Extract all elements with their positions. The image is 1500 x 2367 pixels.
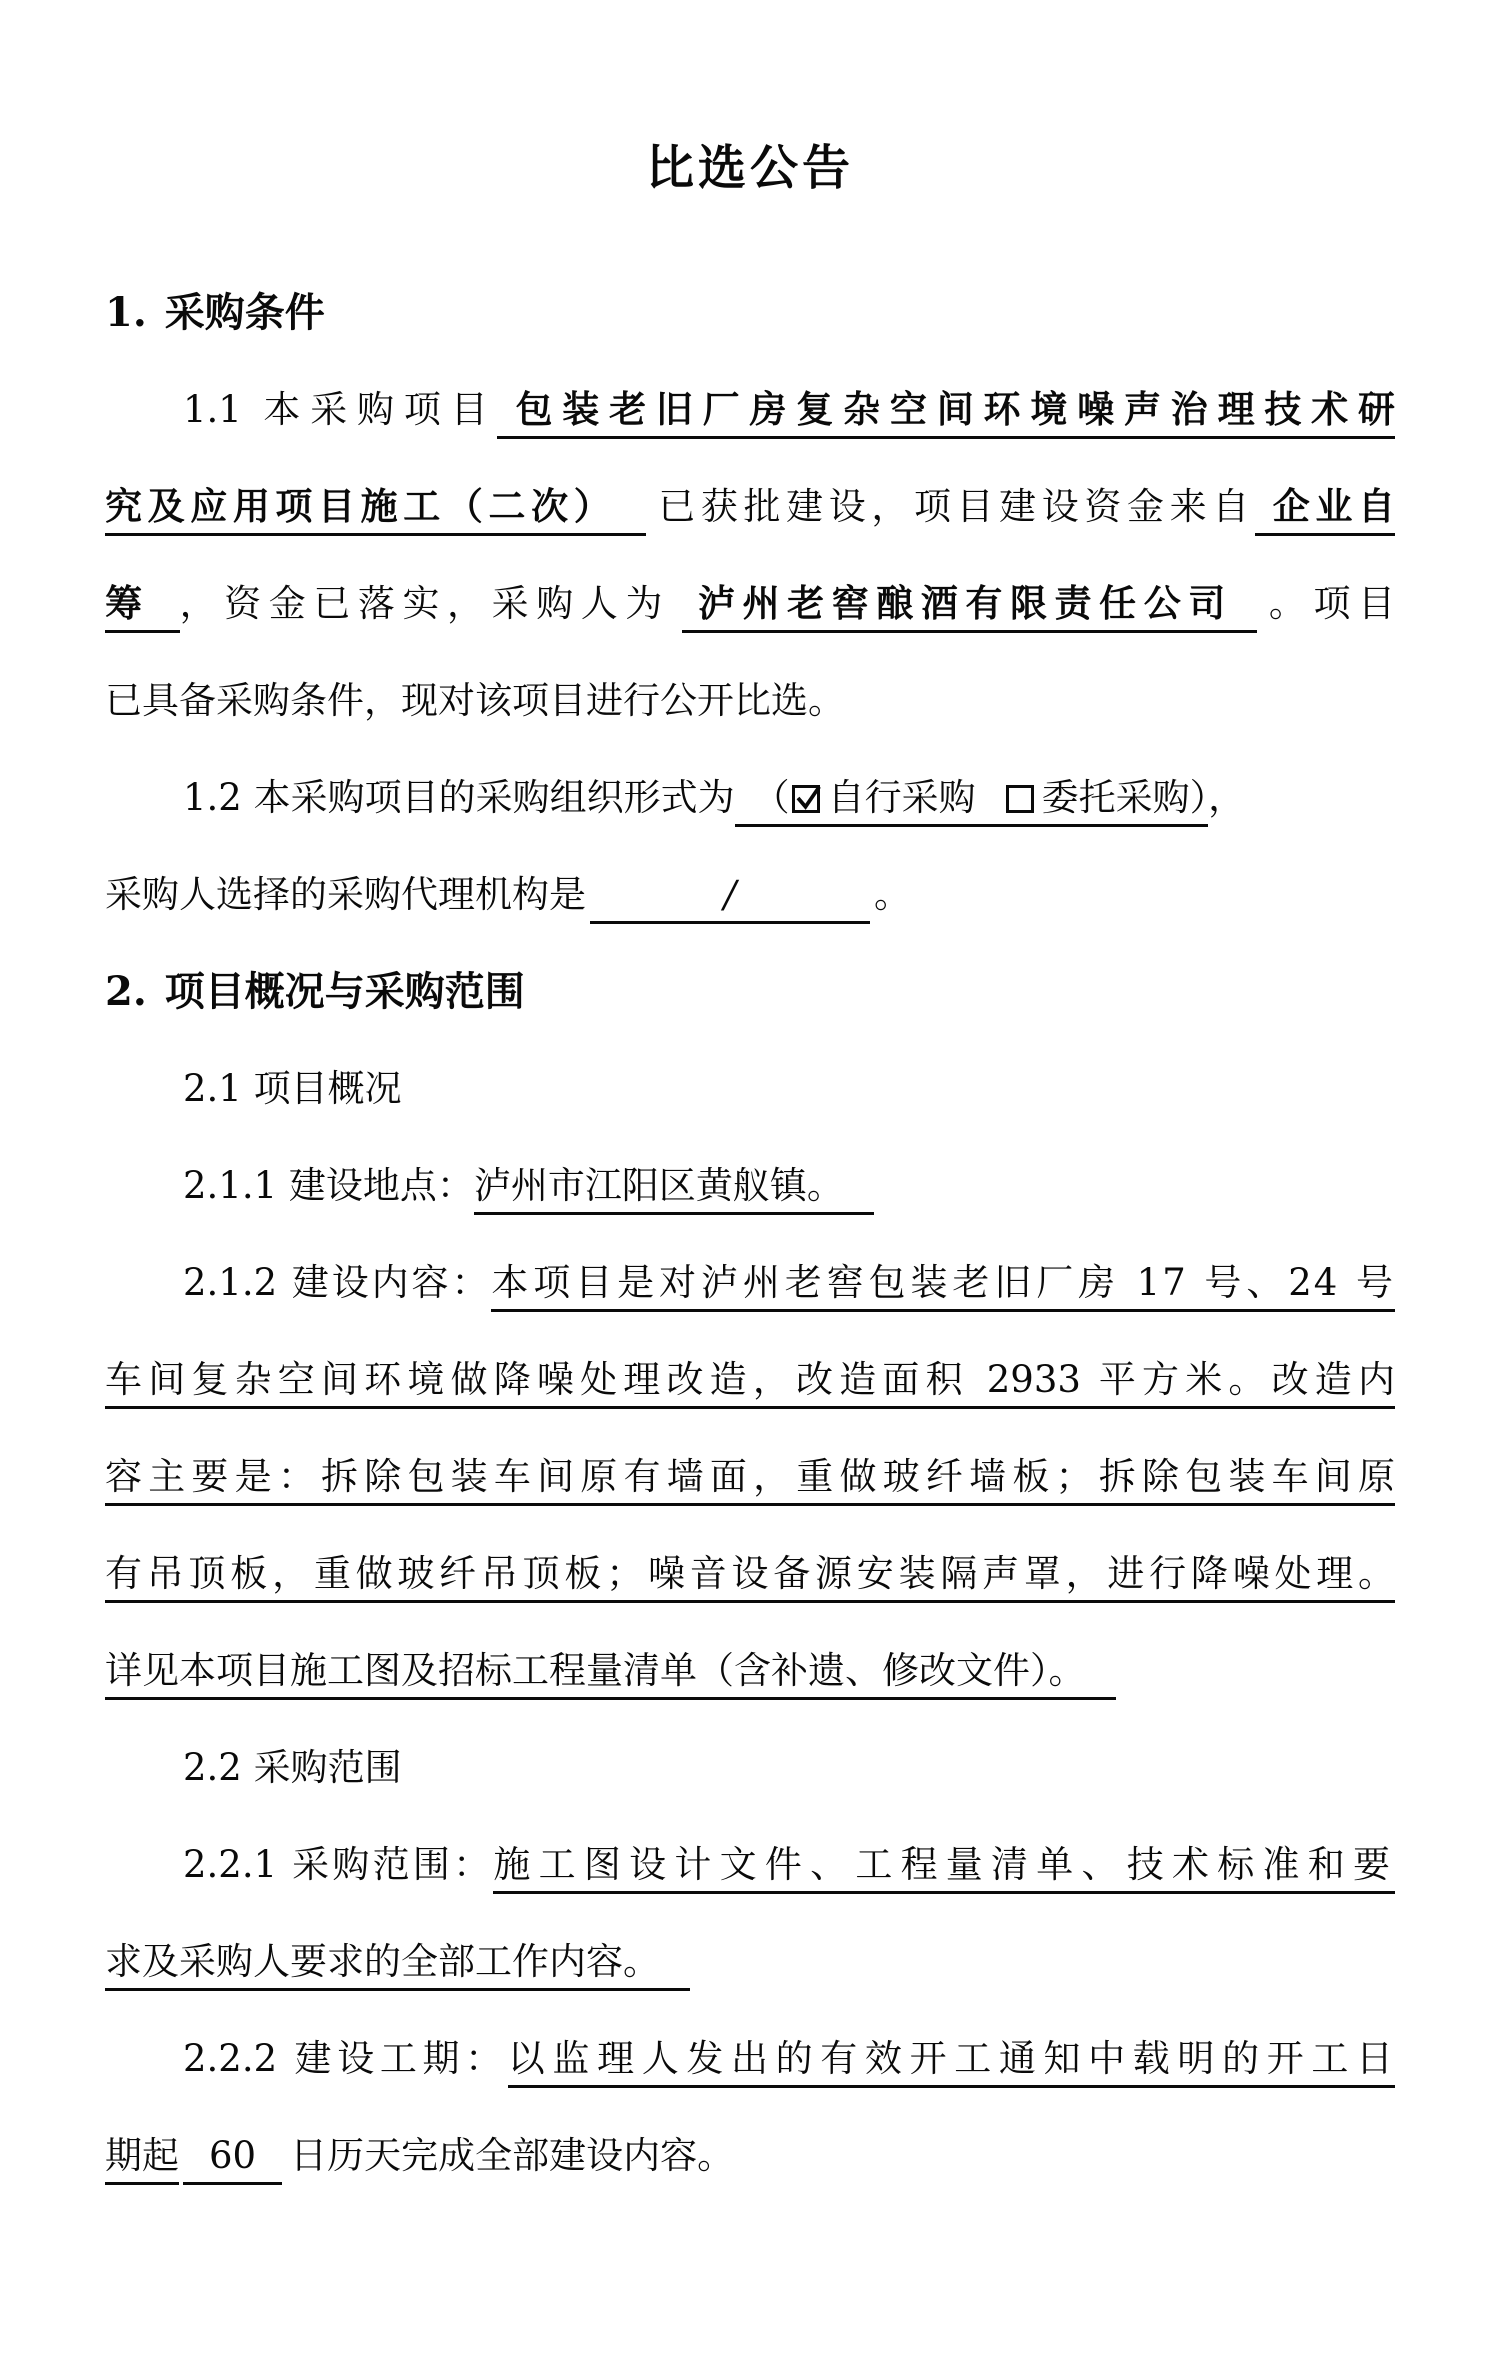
checkbox-checked-icon — [792, 785, 820, 813]
item-2-1-2-line-5: 详见本项目施工图及招标工程量清单（含补遗、修改文件）。 — [105, 1622, 1395, 1719]
item-2-2-2-label: 2.2.2 建设工期： — [183, 2037, 508, 2080]
project-name-part-2: 究及应用项目施工（二次） — [105, 484, 646, 536]
construction-period-line-1: 以监理人发出的有效开工通知中载明的开工日 — [508, 2037, 1395, 2088]
clause-1-1-closing-text: 已具备采购条件，现对该项目进行公开比选。 — [105, 679, 845, 722]
construction-content-line-3: 容主要是：拆除包装车间原有墙面，重做玻纤墙板；拆除包装车间原 — [105, 1455, 1395, 1506]
clause-1-2-line-2-tail: 。 — [874, 873, 911, 916]
paren-open: （ — [753, 776, 790, 819]
procurement-scope-line-1: 施工图设计文件、工程量清单、技术标准和要 — [493, 1843, 1395, 1894]
funding-source-part-2: 筹 — [105, 581, 180, 633]
clause-1-1-line-2-text: 已获批建设，项目建设资金来自 — [658, 485, 1255, 528]
construction-content-line-2: 车间复杂空间环境做降噪处理改造，改造面积 2933 平方米。改造内 — [105, 1358, 1395, 1409]
document-page: 比选公告 1.采购条件 1.1 本采购项目包装老旧厂房复杂空间环境噪声治理技术研… — [0, 0, 1500, 2367]
clause-2-1-heading: 2.1 项目概况 — [183, 1067, 402, 1110]
paren-close: ） — [1190, 776, 1209, 819]
section-1-number: 1. — [105, 289, 147, 336]
item-2-2-2-line-1: 2.2.2 建设工期：以监理人发出的有效开工通知中载明的开工日 — [105, 2010, 1395, 2107]
option-self-procurement-label: 自行采购 — [828, 776, 976, 819]
clause-1-1-line-3: 筹，资金已落实，采购人为泸州老窖酿酒有限责任公司。项目 — [105, 555, 1395, 652]
option-delegated-procurement-label: 委托采购 — [1042, 776, 1190, 819]
agency-blank: / — [590, 873, 870, 924]
section-1-heading: 采购条件 — [165, 289, 325, 336]
clause-1-1-line-2: 究及应用项目施工（二次）已获批建设，项目建设资金来自企业自 — [105, 458, 1395, 555]
clause-1-1-line-4: 已具备采购条件，现对该项目进行公开比选。 — [105, 652, 1395, 749]
clause-2-2-heading: 2.2 采购范围 — [183, 1746, 402, 1789]
agency-lead-text: 采购人选择的采购代理机构是 — [105, 873, 586, 916]
clause-1-1-line-3-tail: 。项目 — [1269, 582, 1395, 625]
clause-1-2-lead: 1.2 本采购项目的采购组织形式为 — [183, 776, 735, 819]
item-2-2-2-line-2: 期起60日历天完成全部建设内容。 — [105, 2107, 1395, 2204]
section-2-heading: 项目概况与采购范围 — [165, 968, 525, 1015]
checkbox-unchecked-icon — [1006, 785, 1034, 813]
clause-2-2-heading-line: 2.2 采购范围 — [105, 1719, 1395, 1816]
funding-source-part-1: 企业自 — [1255, 484, 1395, 536]
clause-1-2-line-1: 1.2 本采购项目的采购组织形式为（自行采购委托采购）， — [105, 749, 1395, 846]
document-title: 比选公告 — [105, 118, 1395, 218]
item-2-1-2-label: 2.1.2 建设内容： — [183, 1261, 491, 1304]
project-name-part-1: 包装老旧厂房复杂空间环境噪声治理技术研 — [497, 387, 1395, 439]
item-2-2-1-line-2: 求及采购人要求的全部工作内容。 — [105, 1913, 1395, 2010]
purchaser-name: 泸州老窖酿酒有限责任公司 — [682, 581, 1257, 633]
item-2-1-2-line-4: 有吊顶板，重做玻纤吊顶板；噪音设备源安装隔声罩，进行降噪处理。 — [105, 1525, 1395, 1622]
section-1-heading-line: 1.采购条件 — [105, 264, 1395, 361]
clause-1-1-line-3-text: ，资金已落实，采购人为 — [180, 582, 670, 625]
item-2-1-1-line: 2.1.1 建设地点：泸州市江阳区黄舣镇。 — [105, 1137, 1395, 1234]
construction-content-line-1: 本项目是对泸州老窖包装老旧厂房 17 号、24 号 — [491, 1261, 1395, 1312]
construction-content-line-4: 有吊顶板，重做玻纤吊顶板；噪音设备源安装隔声罩，进行降噪处理。 — [105, 1552, 1395, 1603]
construction-period-line-2-end: 日历天完成全部建设内容。 — [290, 2134, 734, 2177]
clause-1-1-line-1: 1.1 本采购项目包装老旧厂房复杂空间环境噪声治理技术研 — [105, 361, 1395, 458]
clause-2-1-heading-line: 2.1 项目概况 — [105, 1040, 1395, 1137]
clause-1-2-line-2: 采购人选择的采购代理机构是/。 — [105, 846, 1395, 943]
clause-1-1-lead: 1.1 本采购项目 — [183, 388, 497, 431]
construction-content-line-5: 详见本项目施工图及招标工程量清单（含补遗、修改文件）。 — [105, 1649, 1116, 1700]
procurement-scope-line-2: 求及采购人要求的全部工作内容。 — [105, 1940, 690, 1991]
item-2-1-2-line-1: 2.1.2 建设内容：本项目是对泸州老窖包装老旧厂房 17 号、24 号 — [105, 1234, 1395, 1331]
duration-days-blank: 60 — [183, 2134, 282, 2185]
item-2-1-2-line-2: 车间复杂空间环境做降噪处理改造，改造面积 2933 平方米。改造内 — [105, 1331, 1395, 1428]
construction-period-line-2-start: 期起 — [105, 2134, 179, 2185]
item-2-2-1-line-1: 2.2.1 采购范围：施工图设计文件、工程量清单、技术标准和要 — [105, 1816, 1395, 1913]
section-2-number: 2. — [105, 968, 147, 1015]
section-2-heading-line: 2.项目概况与采购范围 — [105, 943, 1395, 1040]
procurement-form-blank: （自行采购委托采购） — [735, 776, 1209, 827]
item-2-2-1-label: 2.2.1 采购范围： — [183, 1843, 493, 1886]
item-2-1-2-line-3: 容主要是：拆除包装车间原有墙面，重做玻纤墙板；拆除包装车间原 — [105, 1428, 1395, 1525]
item-2-1-1-label: 2.1.1 建设地点： — [183, 1164, 474, 1207]
clause-1-2-line-1-tail: ， — [1208, 776, 1245, 819]
construction-site-value: 泸州市江阳区黄舣镇。 — [474, 1164, 874, 1215]
